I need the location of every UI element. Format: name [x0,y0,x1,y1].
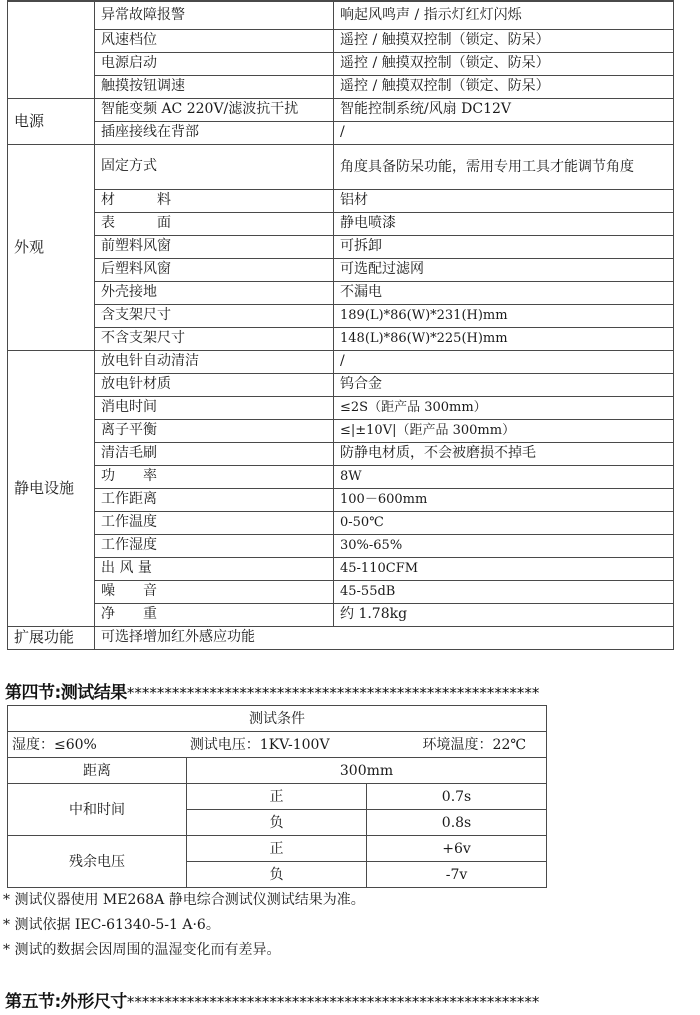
table-row: 外观 固定方式 角度具备防呆功能，需用专用工具才能调节角度 [8,144,674,189]
residual-positive-value: +6v [367,836,547,862]
item-cell: 工作温度 [95,511,334,534]
residual-voltage-label: 残余电压 [8,836,187,888]
item-cell: 智能变频 AC 220V/滤波抗干扰 [95,98,334,121]
value-cell: 8W [334,465,674,488]
item-cell: 电源启动 [95,52,334,75]
item-cell: 清洁毛刷 [95,442,334,465]
temperature-condition: 环境温度：22℃ [423,733,526,757]
polarity-positive: 正 [187,836,367,862]
item-cell: 异常故障报警 [95,1,334,29]
value-cell: 约 1.78kg [334,603,674,626]
item-cell: 放电针材质 [95,373,334,396]
table-row: 功 率 8W [8,465,674,488]
item-cell: 材 料 [95,189,334,212]
polarity-positive: 正 [187,784,367,810]
value-cell: 可选配过滤网 [334,258,674,281]
category-cell-appearance: 外观 [8,144,95,350]
item-cell: 前塑料风窗 [95,235,334,258]
value-cell: / [334,121,674,144]
value-cell: 钨合金 [334,373,674,396]
item-cell: 噪 音 [95,580,334,603]
table-row: 前塑料风窗 可拆卸 [8,235,674,258]
value-cell: 防静电材质，不会被磨损不掉毛 [334,442,674,465]
item-cell: 后塑料风窗 [95,258,334,281]
table-row: 离子平衡 ≤|±10V|（距产品 300mm） [8,419,674,442]
table-row: 净 重 约 1.78kg [8,603,674,626]
note-instrument: * 测试仪器使用 ME268A 静电综合测试仪测试结果为准。 [3,889,365,909]
table-row: 表 面 静电喷漆 [8,212,674,235]
table-row: 中和时间 正 0.7s [8,784,547,810]
value-cell: 角度具备防呆功能，需用专用工具才能调节角度 [334,144,674,189]
table-row: 静电设施 放电针自动清洁 / [8,350,674,373]
polarity-negative: 负 [187,862,367,888]
value-cell: 静电喷漆 [334,212,674,235]
table-row: 清洁毛刷 防静电材质，不会被磨损不掉毛 [8,442,674,465]
table-row: 插座接线在背部 / [8,121,674,144]
polarity-negative: 负 [187,810,367,836]
value-cell: 100－600mm [334,488,674,511]
table-row: 工作温度 0-50℃ [8,511,674,534]
table-row: 测试条件 [8,706,547,732]
humidity-condition: 湿度：≤60% [12,733,97,757]
note-variance: * 测试的数据会因周围的温湿变化而有差异。 [3,939,280,959]
section5-heading: 第五节:外形尺寸********************************… [5,987,539,1012]
table-row: 距离 300mm [8,758,547,784]
table-row: 含支架尺寸 189(L)*86(W)*231(H)mm [8,304,674,327]
value-cell: 148(L)*86(W)*225(H)mm [334,327,674,350]
item-cell: 插座接线在背部 [95,121,334,144]
item-cell: 风速档位 [95,29,334,52]
value-cell: 遥控 / 触摸双控制（锁定、防呆） [334,52,674,75]
distance-label: 距离 [8,758,187,784]
value-cell: ≤2S（距产品 300mm） [334,396,674,419]
item-cell: 消电时间 [95,396,334,419]
value-cell: 不漏电 [334,281,674,304]
table-row: 消电时间 ≤2S（距产品 300mm） [8,396,674,419]
table-row: 异常故障报警 响起风鸣声 / 指示灯红灯闪烁 [8,1,674,29]
table-row: 外壳接地 不漏电 [8,281,674,304]
value-cell: 可拆卸 [334,235,674,258]
item-cell: 表 面 [95,212,334,235]
neutralization-label: 中和时间 [8,784,187,836]
neutralization-positive-value: 0.7s [367,784,547,810]
note-standard: * 测试依据 IEC-61340-5-1 A·6。 [3,914,220,934]
category-cell-static: 静电设施 [8,350,95,626]
table-row: 扩展功能 可选择增加红外感应功能 [8,626,674,649]
item-cell: 离子平衡 [95,419,334,442]
item-cell: 含支架尺寸 [95,304,334,327]
item-cell: 固定方式 [95,144,334,189]
item-cell: 功 率 [95,465,334,488]
table-row: 触摸按钮调速 遥控 / 触摸双控制（锁定、防呆） [8,75,674,98]
voltage-condition: 测试电压：1KV-100V [190,733,330,757]
value-cell: 智能控制系统/风扇 DC12V [334,98,674,121]
value-cell: ≤|±10V|（距产品 300mm） [334,419,674,442]
category-cell-power: 电源 [8,98,95,144]
extension-value-cell: 可选择增加红外感应功能 [95,626,674,649]
value-cell: 30%-65% [334,534,674,557]
spec-table: 异常故障报警 响起风鸣声 / 指示灯红灯闪烁 风速档位 遥控 / 触摸双控制（锁… [7,0,674,650]
section5-stars: ****************************************… [127,993,540,1011]
item-cell: 外壳接地 [95,281,334,304]
value-cell: 响起风鸣声 / 指示灯红灯闪烁 [334,1,674,29]
value-cell: 遥控 / 触摸双控制（锁定、防呆） [334,75,674,98]
table-row: 风速档位 遥控 / 触摸双控制（锁定、防呆） [8,29,674,52]
distance-value: 300mm [187,758,547,784]
value-cell: 189(L)*86(W)*231(H)mm [334,304,674,327]
test-results-table: 测试条件 湿度：≤60% 测试电压：1KV-100V 环境温度：22℃ 距离 3… [7,705,547,888]
section4-title: 第四节:测试结果 [5,683,127,703]
table-row: 工作湿度 30%-65% [8,534,674,557]
residual-negative-value: -7v [367,862,547,888]
value-cell: 45-55dB [334,580,674,603]
section5-title: 第五节:外形尺寸 [5,992,127,1012]
table-row: 残余电压 正 +6v [8,836,547,862]
table-row: 后塑料风窗 可选配过滤网 [8,258,674,281]
test-conditions-header: 测试条件 [8,706,547,732]
table-row: 电源启动 遥控 / 触摸双控制（锁定、防呆） [8,52,674,75]
test-conditions-row: 湿度：≤60% 测试电压：1KV-100V 环境温度：22℃ [8,732,547,758]
item-cell: 不含支架尺寸 [95,327,334,350]
table-row: 放电针材质 钨合金 [8,373,674,396]
item-cell: 触摸按钮调速 [95,75,334,98]
item-cell: 出 风 量 [95,557,334,580]
table-row: 电源 智能变频 AC 220V/滤波抗干扰 智能控制系统/风扇 DC12V [8,98,674,121]
category-cell-extension: 扩展功能 [8,626,95,649]
item-cell: 工作湿度 [95,534,334,557]
value-cell: 铝材 [334,189,674,212]
section4-stars: ****************************************… [127,684,540,702]
table-row: 工作距离 100－600mm [8,488,674,511]
table-row: 湿度：≤60% 测试电压：1KV-100V 环境温度：22℃ [8,732,547,758]
item-cell: 放电针自动清洁 [95,350,334,373]
table-row: 材 料 铝材 [8,189,674,212]
section4-heading: 第四节:测试结果********************************… [5,678,539,703]
table-row: 不含支架尺寸 148(L)*86(W)*225(H)mm [8,327,674,350]
value-cell: / [334,350,674,373]
value-cell: 45-110CFM [334,557,674,580]
category-cell-control [8,1,95,98]
item-cell: 净 重 [95,603,334,626]
value-cell: 遥控 / 触摸双控制（锁定、防呆） [334,29,674,52]
item-cell: 工作距离 [95,488,334,511]
neutralization-negative-value: 0.8s [367,810,547,836]
table-row: 出 风 量 45-110CFM [8,557,674,580]
table-row: 噪 音 45-55dB [8,580,674,603]
value-cell: 0-50℃ [334,511,674,534]
